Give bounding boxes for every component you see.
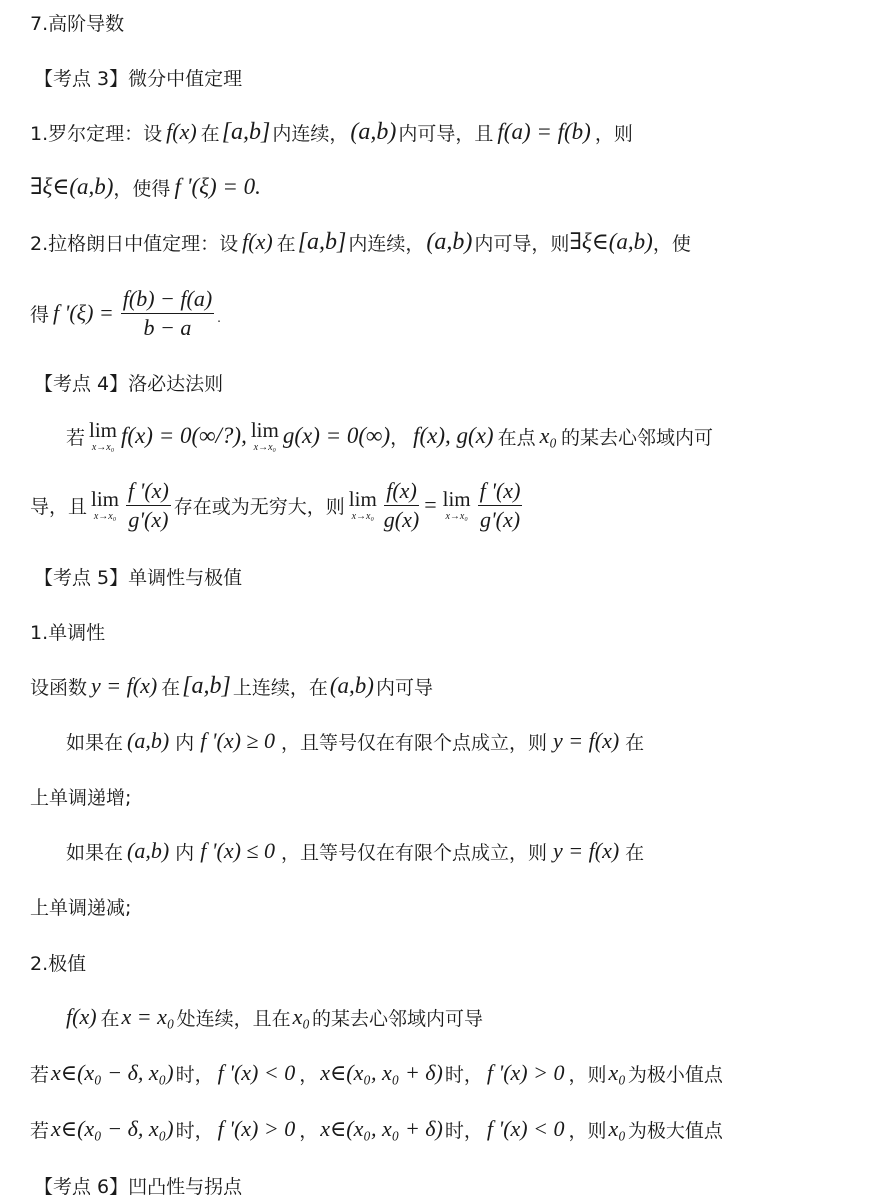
text: ，使得 xyxy=(113,174,170,201)
text: . xyxy=(217,311,221,325)
lim-word: lim xyxy=(91,489,119,510)
math-open-interval: (a,b) xyxy=(330,673,374,699)
monotonic-heading: 1.单调性 xyxy=(30,611,105,651)
section-title-text: 7.高阶导数 xyxy=(30,9,124,36)
lim-subscript: x→x₀ xyxy=(94,512,116,522)
text: 时， xyxy=(445,1116,483,1143)
lim-subscript: x→x₀ xyxy=(445,512,467,522)
lim-subscript: x→x₀ xyxy=(254,443,276,453)
math-derivative-sign: f '(x) > 0 xyxy=(218,1116,296,1142)
lim-subscript: x→x₀ xyxy=(352,512,374,522)
math-function: y = f(x) xyxy=(91,673,157,699)
lim-subscript: x→x₀ xyxy=(92,443,114,453)
local-max-rule: 若 x∈(x₀ − δ, x₀) 时， f '(x) > 0 ， x∈(x₀, … xyxy=(30,1109,723,1149)
text: 在 xyxy=(625,838,644,865)
derivative-ratio-fraction: f '(x) g'(x) xyxy=(478,478,523,532)
text: 处连续，且在 xyxy=(177,1004,291,1031)
rolle-theorem-line1: 1.罗尔定理：设 f(x) 在 [a,b] 内连续， (a,b) 内可导，且 f… xyxy=(30,112,633,152)
extrema-heading: 2.极值 xyxy=(30,942,86,982)
text: ，使 xyxy=(653,229,691,256)
math-fx: f(x) xyxy=(242,229,273,255)
section-title: 7.高阶导数 xyxy=(30,2,124,42)
text: 在 xyxy=(101,1004,120,1031)
monotonic-heading-text: 1.单调性 xyxy=(30,618,105,645)
fraction-denominator: g'(x) xyxy=(128,506,168,532)
math-exists: ∃ξ∈(a,b) xyxy=(569,229,652,255)
function-ratio-fraction: f(x) g(x) xyxy=(384,478,419,532)
topic-4-text: 【考点 4】洛必达法则 xyxy=(34,369,223,396)
fraction-denominator: g(x) xyxy=(384,506,419,532)
lim-word: lim xyxy=(251,420,279,441)
text: 上单调递减; xyxy=(30,893,131,920)
math-fg: f(x), g(x) xyxy=(413,423,493,449)
lim-word: lim xyxy=(349,489,377,510)
math-function: y = f(x) xyxy=(553,838,619,864)
text: ， xyxy=(390,423,409,450)
math-x0: x₀ xyxy=(608,1116,625,1142)
math-equation: f(a) = f(b) xyxy=(497,119,590,145)
text: 若 xyxy=(30,1116,49,1143)
fraction-denominator: g'(x) xyxy=(480,506,520,532)
math-open-interval: (a,b) xyxy=(127,838,169,864)
text: 在点 xyxy=(498,423,536,450)
text: ，且等号仅在有限个点成立，则 xyxy=(281,728,547,755)
math-x0: x₀ xyxy=(608,1060,625,1086)
text: 内可导 xyxy=(376,673,433,700)
lagrange-theorem-line1: 2.拉格朗日中值定理：设 f(x) 在 [a,b] 内连续， (a,b) 内可导… xyxy=(30,222,691,262)
monotonic-intro: 设函数 y = f(x) 在 [a,b] 上连续，在 (a,b) 内可导 xyxy=(30,666,433,706)
text: 得 xyxy=(30,300,49,327)
text: 内连续， xyxy=(348,229,424,256)
topic-3-heading: 【考点 3】微分中值定理 xyxy=(34,57,242,97)
lagrange-label: 2.拉格朗日中值定理：设 xyxy=(30,229,238,256)
text: 在 xyxy=(161,673,180,700)
text: 如果在 xyxy=(66,728,123,755)
math-derivative-sign: f '(x) > 0 xyxy=(487,1060,565,1086)
math-g-limit: g(x) = 0(∞) xyxy=(283,423,390,449)
fraction-numerator: f(x) xyxy=(384,478,419,505)
lhopital-line1: 若 lim x→x₀ f(x) = 0(∞/?), lim x→x₀ g(x) … xyxy=(66,412,713,460)
text: 设函数 xyxy=(30,673,87,700)
math-derivative-sign: f '(x) < 0 xyxy=(487,1116,565,1142)
text: 在 xyxy=(277,229,296,256)
text: 内可导，且 xyxy=(398,119,493,146)
topic-5-heading: 【考点 5】单调性与极值 xyxy=(34,556,242,596)
limit-operator: lim x→x₀ xyxy=(349,489,377,522)
math-point: x = x₀ xyxy=(122,1004,175,1030)
text: ，则 xyxy=(568,1060,606,1087)
math-fx: f(x) xyxy=(166,119,197,145)
math-condition: f '(x) ≥ 0 xyxy=(200,728,275,754)
text: ， xyxy=(299,1060,318,1087)
text: 的某去心邻域内可导 xyxy=(312,1004,483,1031)
math-left-neighborhood: x∈(x₀ − δ, x₀) xyxy=(51,1060,174,1086)
text: 内 xyxy=(175,728,194,755)
limit-operator: lim x→x₀ xyxy=(91,489,119,522)
topic-4-heading: 【考点 4】洛必达法则 xyxy=(34,362,223,402)
math-left-neighborhood: x∈(x₀ − δ, x₀) xyxy=(51,1116,174,1142)
limit-operator: lim x→x₀ xyxy=(89,420,117,453)
math-function: y = f(x) xyxy=(553,728,619,754)
text: ， xyxy=(299,1116,318,1143)
text: ，则 xyxy=(595,119,633,146)
increasing-rule-line2: 上单调递增; xyxy=(30,776,131,816)
decreasing-rule-line2: 上单调递减; xyxy=(30,886,131,926)
math-closed-interval: [a,b] xyxy=(298,229,347,256)
text: 上连续，在 xyxy=(233,673,328,700)
text: 为极大值点 xyxy=(628,1116,723,1143)
derivative-ratio-fraction: f '(x) g'(x) xyxy=(126,478,171,532)
math-right-neighborhood: x∈(x₀, x₀ + δ) xyxy=(320,1116,443,1142)
text: 存在或为无穷大，则 xyxy=(174,492,345,519)
text: 在 xyxy=(201,119,220,146)
math-right-neighborhood: x∈(x₀, x₀ + δ) xyxy=(320,1060,443,1086)
text: 的某去心邻域内可 xyxy=(561,423,713,450)
text: 时， xyxy=(445,1060,483,1087)
math-x0: x₀ xyxy=(540,423,557,449)
lim-word: lim xyxy=(443,489,471,510)
rolle-theorem-line2: ∃ξ∈(a,b) ，使得 f '(ξ) = 0. xyxy=(30,167,261,207)
math-closed-interval: [a,b] xyxy=(222,119,271,146)
text: 内 xyxy=(175,838,194,865)
topic-6-heading: 【考点 6】凹凸性与拐点 xyxy=(34,1165,242,1200)
math-equation: f '(ξ) = 0. xyxy=(174,174,261,200)
text: 如果在 xyxy=(66,838,123,865)
math-derivative-sign: f '(x) < 0 xyxy=(218,1060,296,1086)
math-f-limit: f(x) = 0(∞/?), xyxy=(121,423,247,449)
text: ，且等号仅在有限个点成立，则 xyxy=(281,838,547,865)
topic-5-text: 【考点 5】单调性与极值 xyxy=(34,563,242,590)
fraction-numerator: f(b) − f(a) xyxy=(121,286,214,313)
text: 内连续， xyxy=(272,119,348,146)
math-fx: f(x) xyxy=(66,1004,97,1030)
text: 内可导，则 xyxy=(474,229,569,256)
increasing-rule-line1: 如果在 (a,b) 内 f '(x) ≥ 0 ，且等号仅在有限个点成立，则 y … xyxy=(66,721,644,761)
text: 时， xyxy=(176,1060,214,1087)
math-open-interval: (a,b) xyxy=(127,728,169,754)
math-closed-interval: [a,b] xyxy=(182,673,231,700)
lhopital-line2: 导，且 lim x→x₀ f '(x) g'(x) 存在或为无穷大，则 lim … xyxy=(30,474,525,536)
extrema-heading-text: 2.极值 xyxy=(30,949,86,976)
math-exists: ∃ξ∈(a,b) xyxy=(30,174,113,200)
lagrange-theorem-line2: 得 f '(ξ) = f(b) − f(a) b − a . xyxy=(30,285,221,341)
text: ，则 xyxy=(568,1116,606,1143)
fraction-numerator: f '(x) xyxy=(478,478,523,505)
text: 导，且 xyxy=(30,492,87,519)
mean-value-fraction: f(b) − f(a) b − a xyxy=(121,286,214,340)
text: 上单调递增; xyxy=(30,783,131,810)
decreasing-rule-line1: 如果在 (a,b) 内 f '(x) ≤ 0 ，且等号仅在有限个点成立，则 y … xyxy=(66,831,644,871)
math-condition: f '(x) ≤ 0 xyxy=(200,838,275,864)
limit-operator: lim x→x₀ xyxy=(443,489,471,522)
math-open-interval: (a,b) xyxy=(350,119,396,146)
text: 若 xyxy=(66,423,85,450)
extrema-condition: f(x) 在 x = x₀ 处连续，且在 x₀ 的某去心邻域内可导 xyxy=(66,997,483,1037)
text: 若 xyxy=(30,1060,49,1087)
text: 时， xyxy=(176,1116,214,1143)
math-lhs: f '(ξ) = xyxy=(53,300,114,326)
rolle-label: 1.罗尔定理：设 xyxy=(30,119,162,146)
equals-sign: = xyxy=(424,492,436,518)
local-min-rule: 若 x∈(x₀ − δ, x₀) 时， f '(x) < 0 ， x∈(x₀, … xyxy=(30,1053,723,1093)
math-open-interval: (a,b) xyxy=(426,229,472,256)
fraction-denominator: b − a xyxy=(144,314,192,340)
math-x0: x₀ xyxy=(293,1004,310,1030)
topic-6-text: 【考点 6】凹凸性与拐点 xyxy=(34,1172,242,1199)
fraction-numerator: f '(x) xyxy=(126,478,171,505)
text: 为极小值点 xyxy=(628,1060,723,1087)
lim-word: lim xyxy=(89,420,117,441)
text: 在 xyxy=(625,728,644,755)
topic-3-text: 【考点 3】微分中值定理 xyxy=(34,64,242,91)
limit-operator: lim x→x₀ xyxy=(251,420,279,453)
